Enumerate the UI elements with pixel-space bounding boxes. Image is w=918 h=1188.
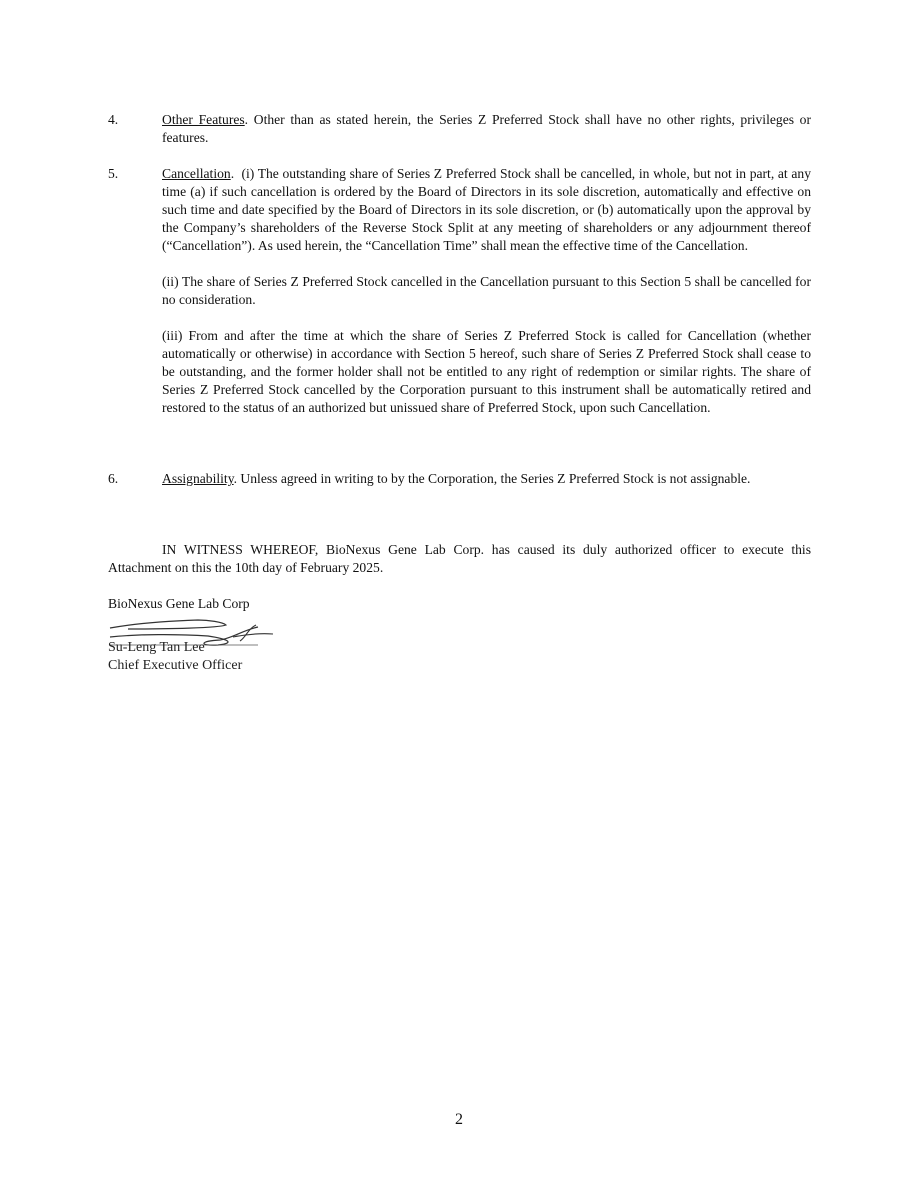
signer-title: Chief Executive Officer: [108, 657, 278, 675]
section-body: Other Features. Other than as stated her…: [162, 111, 811, 147]
witness-text: IN WITNESS WHEREOF, BioNexus Gene Lab Co…: [108, 542, 811, 575]
section-number: 5.: [108, 165, 148, 183]
section-text: Unless agreed in writing to by the Corpo…: [240, 471, 750, 486]
section-6: 6. Assignability. Unless agreed in writi…: [108, 470, 811, 488]
witness-clause: IN WITNESS WHEREOF, BioNexus Gene Lab Co…: [108, 541, 811, 577]
signature-company: BioNexus Gene Lab Corp: [108, 595, 278, 613]
section-body: Cancellation. (i) The outstanding share …: [162, 165, 811, 255]
section-4: 4. Other Features. Other than as stated …: [108, 111, 811, 147]
signature-block: BioNexus Gene Lab Corp Su-Leng Tan Lee C…: [108, 595, 278, 675]
section-number: 4.: [108, 111, 148, 129]
section-text: Other than as stated herein, the Series …: [162, 112, 811, 145]
section-heading: Cancellation: [162, 166, 231, 181]
section-text: (i) The outstanding share of Series Z Pr…: [162, 166, 811, 253]
section-paragraph-ii: (ii) The share of Series Z Preferred Sto…: [162, 273, 811, 309]
section-body: Assignability. Unless agreed in writing …: [162, 470, 752, 488]
page-number: 2: [0, 1111, 918, 1129]
document-page: 4. Other Features. Other than as stated …: [0, 0, 918, 1188]
section-number: 6.: [108, 470, 148, 488]
signer-name: Su-Leng Tan Lee: [108, 639, 278, 657]
section-heading: Assignability: [162, 471, 234, 486]
section-heading: Other Features: [162, 112, 245, 127]
section-paragraph-iii: (iii) From and after the time at which t…: [162, 327, 811, 417]
section-5: 5. Cancellation. (i) The outstanding sha…: [108, 165, 811, 417]
